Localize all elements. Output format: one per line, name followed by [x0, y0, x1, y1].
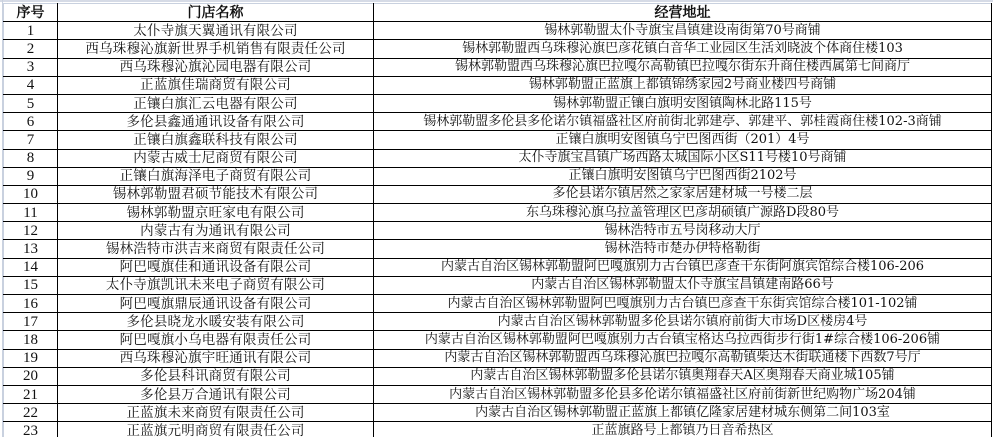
table-row: 7正镶白旗鑫联科技有限公司正镶白旗明安图镇乌宁巴图西街（201）4号 — [4, 131, 992, 149]
serial-cell[interactable]: 5 — [4, 94, 58, 112]
address-cell[interactable]: 内蒙古自治区锡林郭勒盟多伦县诺尔镇奥翔春天A区奥翔春天商业城105铺 — [374, 367, 992, 385]
table-row: 17多伦县晓龙水暖安装有限公司内蒙古自治区锡林郭勒盟多伦县诺尔镇府前街大市场D区… — [4, 313, 992, 331]
address-cell[interactable]: 内蒙古自治区锡林郭勒盟阿巴嘎旗别力古台镇宝格达乌拉西街步行街1#综合楼106-2… — [374, 331, 992, 349]
header-cell-store-name[interactable]: 门店名称 — [58, 4, 374, 22]
store-name-cell[interactable]: 西乌珠穆沁旗宇旺通讯有限公司 — [58, 349, 374, 367]
address-cell[interactable]: 正镶白旗明安图镇乌宁巴图西街2102号 — [374, 167, 992, 185]
store-name-cell[interactable]: 锡林郭勒盟君硕节能技术有限公司 — [58, 185, 374, 203]
store-name-cell[interactable]: 正蓝旗元明商贸有限责任公司 — [58, 422, 374, 437]
address-cell[interactable]: 太仆寺旗宝昌镇广场西路太城国际小区S11号楼10号商铺 — [374, 149, 992, 167]
table-row: 21多伦县万合通讯有限公司内蒙古自治区锡林郭勒盟多伦县多伦诺尔镇福盛社区府前街新… — [4, 385, 992, 403]
store-table: 序号 门店名称 经营地址 1太仆寺旗天翼通讯有限公司锡林郭勒盟太仆寺旗宝昌镇建设… — [3, 3, 992, 437]
serial-cell[interactable]: 9 — [4, 167, 58, 185]
serial-cell[interactable]: 6 — [4, 113, 58, 131]
header-row: 序号 门店名称 经营地址 — [4, 4, 992, 22]
header-cell-serial[interactable]: 序号 — [4, 4, 58, 22]
serial-cell[interactable]: 15 — [4, 276, 58, 294]
serial-cell[interactable]: 14 — [4, 258, 58, 276]
store-name-cell[interactable]: 锡林浩特市洪吉来商贸有限责任公司 — [58, 240, 374, 258]
address-cell[interactable]: 多伦县诺尔镇居然之家家居建材城一号楼二层 — [374, 185, 992, 203]
address-cell[interactable]: 东乌珠穆沁旗乌拉盖管理区巴彦胡硕镇广源路D段80号 — [374, 204, 992, 222]
table-row: 23正蓝旗元明商贸有限责任公司正蓝旗路号上都镇乃日音希热区 — [4, 422, 992, 437]
serial-cell[interactable]: 20 — [4, 367, 58, 385]
store-name-cell[interactable]: 正镶白旗汇云电器有限公司 — [58, 94, 374, 112]
serial-cell[interactable]: 8 — [4, 149, 58, 167]
serial-cell[interactable]: 17 — [4, 313, 58, 331]
store-name-cell[interactable]: 多伦县科讯商贸有限公司 — [58, 367, 374, 385]
address-cell[interactable]: 锡林郭勒盟正镶白旗明安图镇陶林北路115号 — [374, 94, 992, 112]
store-name-cell[interactable]: 正镶白旗海泽电子商贸有限公司 — [58, 167, 374, 185]
store-name-cell[interactable]: 西乌珠穆沁旗新世界手机销售有限责任公司 — [58, 40, 374, 58]
table-row: 6多伦县鑫通通讯设备有限公司锡林郭勒盟多伦县多伦诺尔镇福盛社区府前街北郭建亭、郭… — [4, 113, 992, 131]
table-row: 12内蒙古有为通讯有限公司锡林浩特市五号岗移动大厅 — [4, 222, 992, 240]
serial-cell[interactable]: 23 — [4, 422, 58, 437]
address-cell[interactable]: 内蒙古自治区锡林郭勒盟阿巴嘎旗别力古台镇巴彦查干东街阿旗宾馆综合楼106-206 — [374, 258, 992, 276]
store-name-cell[interactable]: 多伦县晓龙水暖安装有限公司 — [58, 313, 374, 331]
serial-cell[interactable]: 10 — [4, 185, 58, 203]
store-name-cell[interactable]: 内蒙古威士尼商贸有限公司 — [58, 149, 374, 167]
address-cell[interactable]: 内蒙古自治区锡林郭勒盟多伦县诺尔镇府前街大市场D区楼房4号 — [374, 313, 992, 331]
address-cell[interactable]: 内蒙古自治区锡林郭勒盟正蓝旗上都镇亿隆家居建材城东侧第二间103室 — [374, 404, 992, 422]
serial-cell[interactable]: 22 — [4, 404, 58, 422]
table-row: 8内蒙古威士尼商贸有限公司太仆寺旗宝昌镇广场西路太城国际小区S11号楼10号商铺 — [4, 149, 992, 167]
address-cell[interactable]: 内蒙古自治区锡林郭勒盟太仆寺旗宝昌镇建南路66号 — [374, 276, 992, 294]
table-row: 9正镶白旗海泽电子商贸有限公司正镶白旗明安图镇乌宁巴图西街2102号 — [4, 167, 992, 185]
serial-cell[interactable]: 7 — [4, 131, 58, 149]
serial-cell[interactable]: 21 — [4, 385, 58, 403]
address-cell[interactable]: 内蒙古自治区锡林郭勒盟阿巴嘎旗别力古台镇巴彦查干东街宾馆综合楼101-102铺 — [374, 295, 992, 313]
serial-cell[interactable]: 16 — [4, 295, 58, 313]
table-row: 20多伦县科讯商贸有限公司内蒙古自治区锡林郭勒盟多伦县诺尔镇奥翔春天A区奥翔春天… — [4, 367, 992, 385]
serial-cell[interactable]: 18 — [4, 331, 58, 349]
address-cell[interactable]: 正蓝旗路号上都镇乃日音希热区 — [374, 422, 992, 437]
address-cell[interactable]: 锡林浩特市五号岗移动大厅 — [374, 222, 992, 240]
store-name-cell[interactable]: 内蒙古有为通讯有限公司 — [58, 222, 374, 240]
table-row: 15太仆寺旗凯讯未来电子商贸有限公司内蒙古自治区锡林郭勒盟太仆寺旗宝昌镇建南路6… — [4, 276, 992, 294]
table-row: 19西乌珠穆沁旗宇旺通讯有限公司内蒙古自治区锡林郭勒盟西乌珠穆沁旗巴拉嘎尔高勒镇… — [4, 349, 992, 367]
serial-cell[interactable]: 19 — [4, 349, 58, 367]
serial-cell[interactable]: 1 — [4, 22, 58, 40]
table-row: 13锡林浩特市洪吉来商贸有限责任公司锡林浩特市楚办伊特格勒街 — [4, 240, 992, 258]
address-cell[interactable]: 锡林郭勒盟正蓝旗上都镇锦绣家园2号商业楼四号商铺 — [374, 76, 992, 94]
store-name-cell[interactable]: 正蓝旗佳瑞商贸有限公司 — [58, 76, 374, 94]
store-name-cell[interactable]: 锡林郭勒盟京旺家电有限公司 — [58, 204, 374, 222]
address-cell[interactable]: 内蒙古自治区锡林郭勒盟西乌珠穆沁旗巴拉嘎尔高勒镇柴达木街联通楼下西数7号厅 — [374, 349, 992, 367]
store-name-cell[interactable]: 正蓝旗未来商贸有限责任公司 — [58, 404, 374, 422]
table-row: 11锡林郭勒盟京旺家电有限公司东乌珠穆沁旗乌拉盖管理区巴彦胡硕镇广源路D段80号 — [4, 204, 992, 222]
serial-cell[interactable]: 4 — [4, 76, 58, 94]
serial-cell[interactable]: 11 — [4, 204, 58, 222]
table-row: 2西乌珠穆沁旗新世界手机销售有限责任公司锡林郭勒盟西乌珠穆沁旗巴彦花镇白音华工业… — [4, 40, 992, 58]
serial-cell[interactable]: 12 — [4, 222, 58, 240]
table-row: 5正镶白旗汇云电器有限公司锡林郭勒盟正镶白旗明安图镇陶林北路115号 — [4, 94, 992, 112]
serial-cell[interactable]: 13 — [4, 240, 58, 258]
store-name-cell[interactable]: 西乌珠穆沁旗沁园电器有限公司 — [58, 58, 374, 76]
table-row: 14阿巴嘎旗佳和通讯设备有限公司内蒙古自治区锡林郭勒盟阿巴嘎旗别力古台镇巴彦查干… — [4, 258, 992, 276]
address-cell[interactable]: 锡林郭勒盟西乌珠穆沁旗巴拉嘎尔高勒镇巴拉嘎尔街东升商住楼西属第七间商厅 — [374, 58, 992, 76]
address-cell[interactable]: 锡林浩特市楚办伊特格勒街 — [374, 240, 992, 258]
serial-cell[interactable]: 2 — [4, 40, 58, 58]
store-name-cell[interactable]: 阿巴嘎旗小乌电器有限责任公司 — [58, 331, 374, 349]
address-cell[interactable]: 正镶白旗明安图镇乌宁巴图西街（201）4号 — [374, 131, 992, 149]
store-name-cell[interactable]: 太仆寺旗凯讯未来电子商贸有限公司 — [58, 276, 374, 294]
address-cell[interactable]: 内蒙古自治区锡林郭勒盟多伦县多伦诺尔镇福盛社区府前街新世纪购物广场204铺 — [374, 385, 992, 403]
sheet-gridline-top — [0, 0, 993, 2]
store-name-cell[interactable]: 阿巴嘎旗佳和通讯设备有限公司 — [58, 258, 374, 276]
store-name-cell[interactable]: 太仆寺旗天翼通讯有限公司 — [58, 22, 374, 40]
table-row: 10锡林郭勒盟君硕节能技术有限公司多伦县诺尔镇居然之家家居建材城一号楼二层 — [4, 185, 992, 203]
store-name-cell[interactable]: 阿巴嘎旗鼎辰通讯设备有限公司 — [58, 295, 374, 313]
table-row: 22正蓝旗未来商贸有限责任公司内蒙古自治区锡林郭勒盟正蓝旗上都镇亿隆家居建材城东… — [4, 404, 992, 422]
table-row: 16阿巴嘎旗鼎辰通讯设备有限公司内蒙古自治区锡林郭勒盟阿巴嘎旗别力古台镇巴彦查干… — [4, 295, 992, 313]
table-row: 4正蓝旗佳瑞商贸有限公司锡林郭勒盟正蓝旗上都镇锦绣家园2号商业楼四号商铺 — [4, 76, 992, 94]
store-name-cell[interactable]: 多伦县鑫通通讯设备有限公司 — [58, 113, 374, 131]
table-row: 3西乌珠穆沁旗沁园电器有限公司锡林郭勒盟西乌珠穆沁旗巴拉嘎尔高勒镇巴拉嘎尔街东升… — [4, 58, 992, 76]
header-cell-address[interactable]: 经营地址 — [374, 4, 992, 22]
store-name-cell[interactable]: 多伦县万合通讯有限公司 — [58, 385, 374, 403]
serial-cell[interactable]: 3 — [4, 58, 58, 76]
table-row: 1太仆寺旗天翼通讯有限公司锡林郭勒盟太仆寺旗宝昌镇建设南街第70号商铺 — [4, 22, 992, 40]
address-cell[interactable]: 锡林郭勒盟太仆寺旗宝昌镇建设南街第70号商铺 — [374, 22, 992, 40]
store-name-cell[interactable]: 正镶白旗鑫联科技有限公司 — [58, 131, 374, 149]
address-cell[interactable]: 锡林郭勒盟西乌珠穆沁旗巴彦花镇白音华工业园区生活刘晓波个体商住楼103 — [374, 40, 992, 58]
table-row: 18阿巴嘎旗小乌电器有限责任公司内蒙古自治区锡林郭勒盟阿巴嘎旗别力古台镇宝格达乌… — [4, 331, 992, 349]
address-cell[interactable]: 锡林郭勒盟多伦县多伦诺尔镇福盛社区府前街北郭建亭、郭建平、郭桂霞商住楼102-3… — [374, 113, 992, 131]
